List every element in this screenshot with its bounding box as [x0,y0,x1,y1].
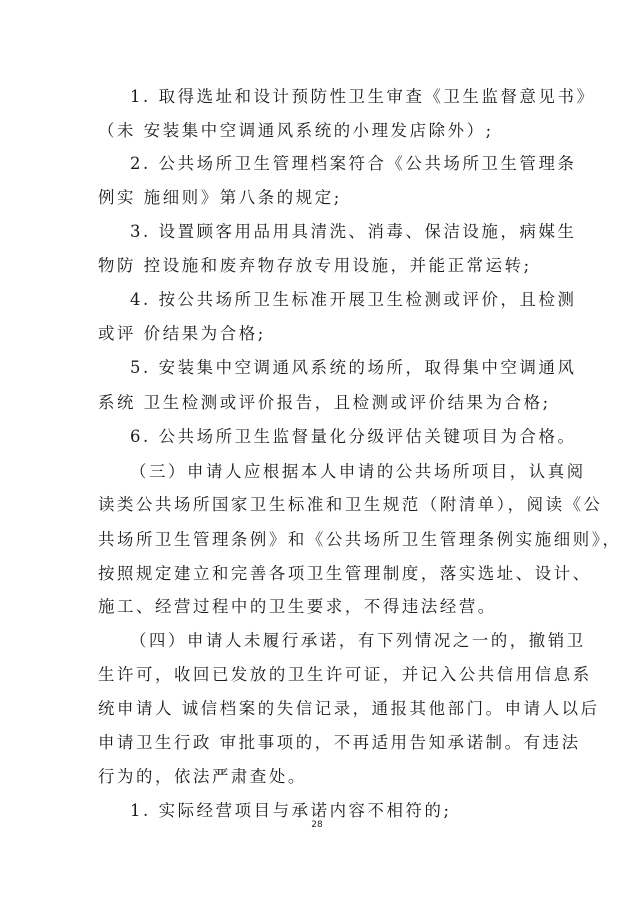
document-page: 1. 取得选址和设计预防性卫生审查《卫生监督意见书》 （未 安装集中空调通风系统… [0,0,634,898]
text-line: 1. 取得选址和设计预防性卫生审查《卫生监督意见书》 [130,85,544,109]
text-line: （未 安装集中空调通风系统的小理发店除外）; [98,119,544,143]
text-line: （四）申请人未履行承诺，有下列情况之一的，撤销卫 [130,629,544,653]
text-line: 共场所卫生管理条例》和《公共场所卫生管理条例实施细则》， [98,528,544,552]
text-line: 按照规定建立和完善各项卫生管理制度，落实选址、设计、 [98,562,544,586]
text-line: 行为的，依法严肃查处。 [98,765,544,789]
text-line: 6. 公共场所卫生监督量化分级评估关键项目为合格。 [130,425,544,449]
text-line: 2. 公共场所卫生管理档案符合《公共场所卫生管理条 [130,152,544,176]
text-line: 4. 按公共场所卫生标准开展卫生检测或评价，且检测 [130,288,544,312]
text-line: 申请卫生行政 审批事项的，不再适用告知承诺制。有违法 [98,731,544,755]
text-line: 例实 施细则》第八条的规定; [98,186,544,210]
text-line: 施工、经营过程中的卫生要求，不得违法经营。 [98,595,544,619]
text-line: 5. 安装集中空调通风系统的场所，取得集中空调通风 [130,356,544,380]
text-line: 系统 卫生检测或评价报告，且检测或评价结果为合格; [98,391,544,415]
text-line: 或评 价结果为合格; [98,322,544,346]
text-line: 统申请人 诚信档案的失信记录，通报其他部门。申请人以后 [98,697,544,721]
text-line: 物防 控设施和废弃物存放专用设施，并能正常运转; [98,254,544,278]
text-line: （三）申请人应根据本人申请的公共场所项目，认真阅 [130,460,544,484]
text-line: 读类公共场所国家卫生标准和卫生规范（附清单），阅读《公 [98,493,544,517]
page-number: 28 [0,820,634,830]
text-line: 生许可，收回已发放的卫生许可证，并记入公共信用信息系 [98,663,544,687]
text-line: 3. 设置顾客用品用具清洗、消毒、保洁设施，病媒生 [130,220,544,244]
